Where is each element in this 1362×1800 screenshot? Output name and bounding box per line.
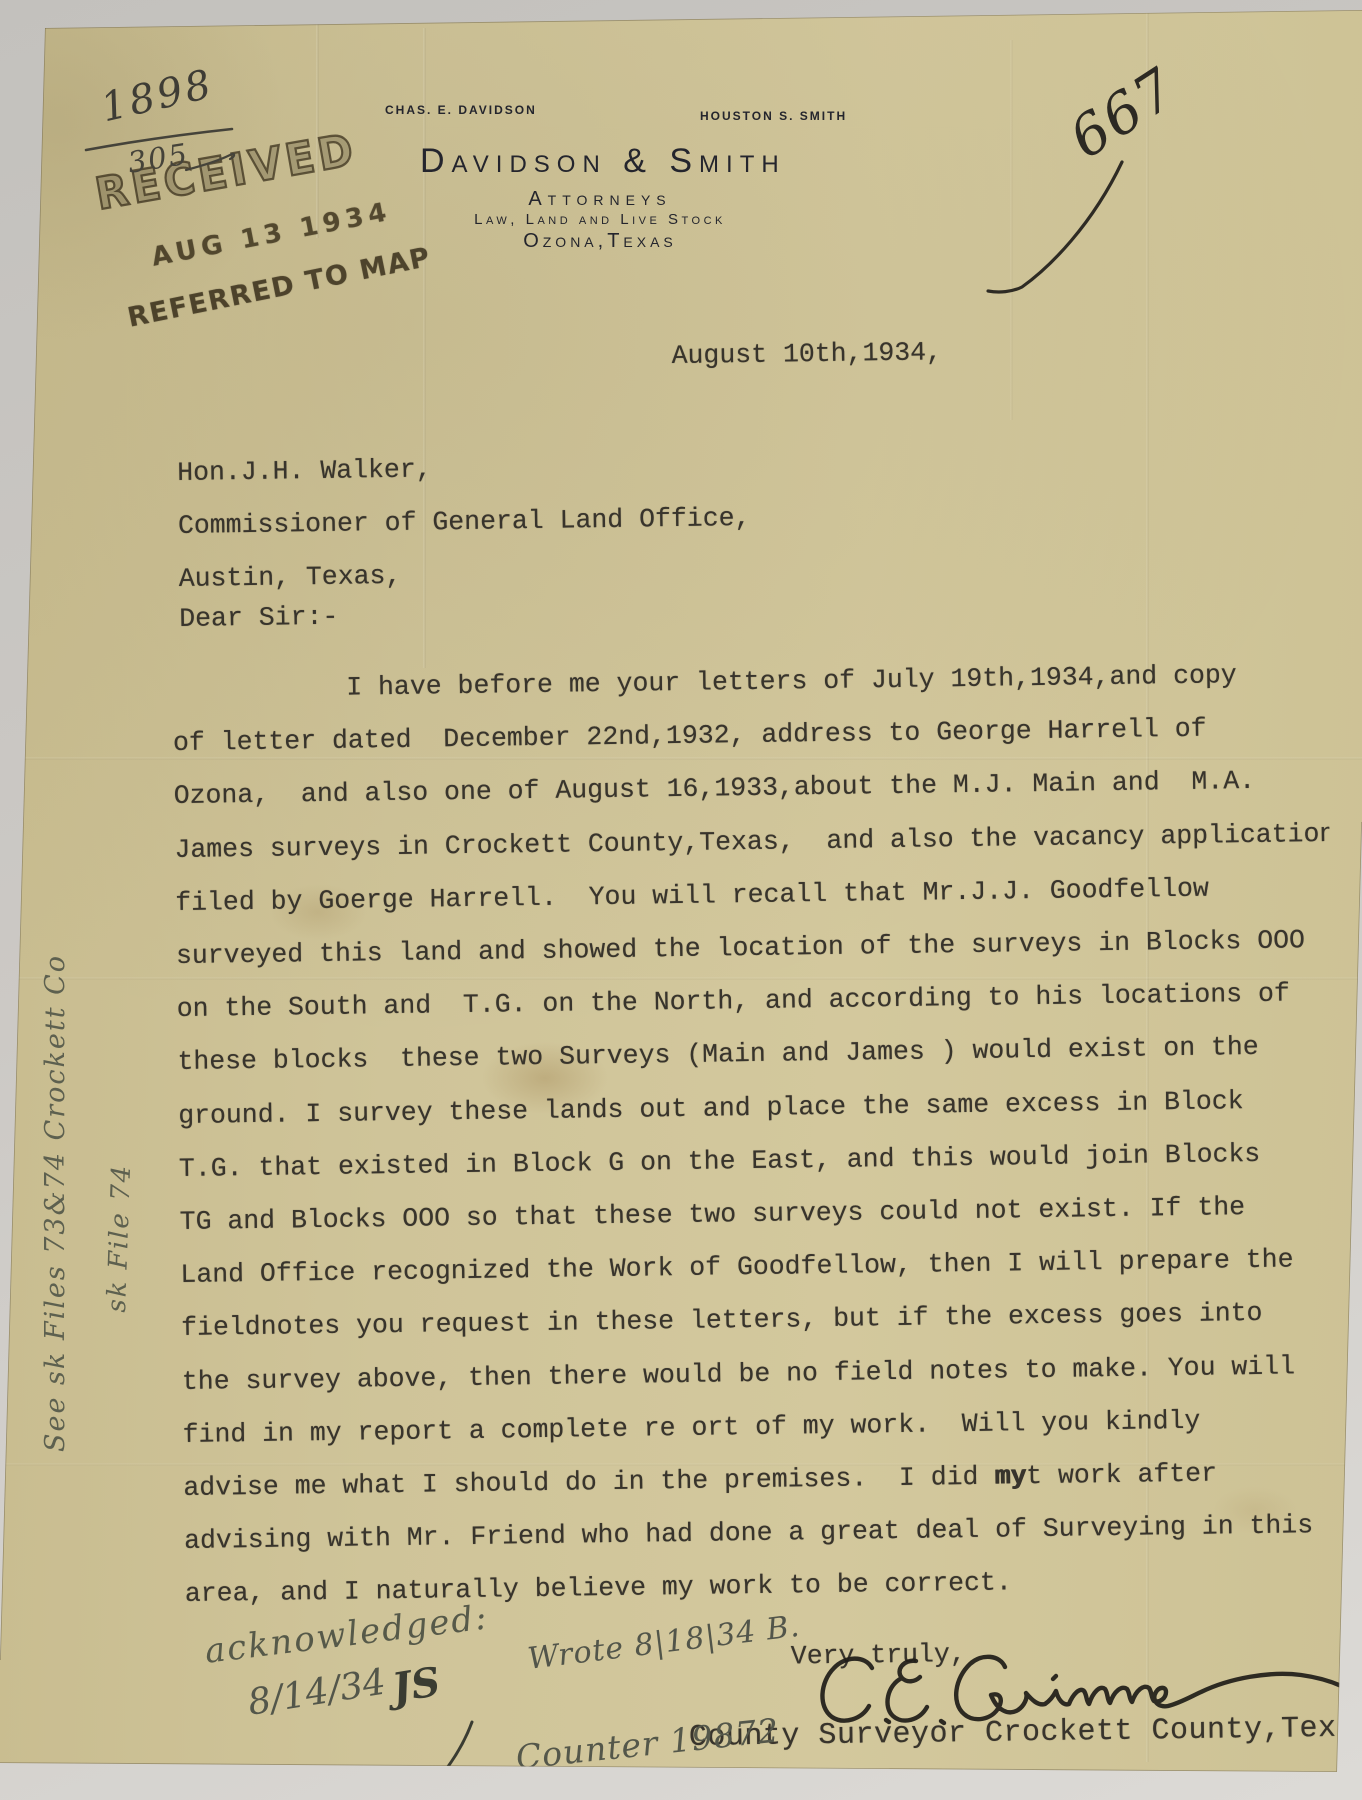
paper-sheet: CHAS. E. DAVIDSON HOUSTON S. SMITH David… bbox=[0, 0, 1362, 1800]
closing: Very truly, bbox=[791, 1639, 966, 1671]
letter-date: August 10th,1934, bbox=[671, 337, 942, 371]
typed-line: Austin, Texas, bbox=[178, 545, 751, 606]
acknowledged-initials: JS bbox=[389, 1658, 444, 1712]
recipient-address: Hon.J.H. Walker,Commissioner of General … bbox=[177, 439, 752, 606]
signer-title: County Surveyor Crockett County,Texas bbox=[689, 1711, 1362, 1755]
typed-letter-content: August 10th,1934, Hon.J.H. Walker,Commis… bbox=[0, 0, 1362, 1800]
typed-line: Commissioner of General Land Office, bbox=[178, 492, 751, 553]
salutation: Dear Sir:- bbox=[179, 602, 338, 634]
margin-note-see-files: See sk Files 73&74 Crockett Co bbox=[40, 867, 71, 1452]
typed-line: Hon.J.H. Walker, bbox=[177, 439, 750, 500]
scanned-letter-page: CHAS. E. DAVIDSON HOUSTON S. SMITH David… bbox=[0, 0, 1362, 1800]
letter-body: I have before me your letters of July 19… bbox=[172, 648, 1340, 1622]
